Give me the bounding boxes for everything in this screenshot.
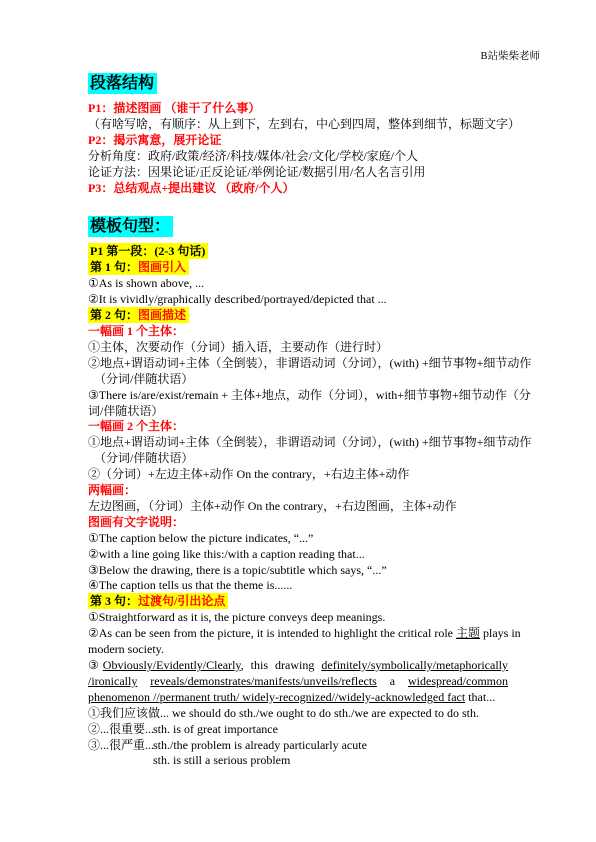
text-run: ②地点+谓语动词+主体（全倒装），非谓语动词（分词），(with) +细节事物+… bbox=[88, 356, 531, 370]
two-pics-template: 左边图画，（分词）主体+动作 On the contrary，+右边图画，主体+… bbox=[88, 499, 508, 515]
text-run: 左边图画，（分词）主体+动作 On the contrary，+右边图画，主体+… bbox=[88, 499, 457, 513]
text-run: ①地点+谓语动词+主体（全倒装），非谓语动词（分词），(with) +细节事物+… bbox=[88, 435, 531, 449]
text-run: 分析角度：政府/政策/经济/科技/媒体/社会/文化/学校/家庭/个人 bbox=[88, 149, 418, 163]
caption-option-1: ①The caption below the picture indicates… bbox=[88, 531, 508, 547]
text-run: definitely/symbolically/metaphorically bbox=[321, 658, 508, 672]
text-run: ①我们应该做... bbox=[88, 706, 172, 722]
document-content: 段落结构P1：描述图画 （谁干了什么事）（有啥写啥，有顺序：从上到下，左到右，中… bbox=[88, 73, 508, 769]
text-run: P1 第一段：(2-3 句话) bbox=[90, 244, 205, 258]
text-run: ③Below the drawing, there is a topic/sub… bbox=[88, 563, 387, 577]
text-run: ③There is/are/exist/remain + 主体+地点，动作（分词… bbox=[88, 388, 531, 402]
text-run: ②with a line going like this:/with a cap… bbox=[88, 547, 365, 561]
text-run: ②It is vividly/graphically described/por… bbox=[88, 292, 387, 306]
text-run: （分词/伴随状语） bbox=[94, 451, 193, 465]
text-run: 过渡句/引出论点 bbox=[138, 594, 225, 608]
s1-option-2: ②It is vividly/graphically described/por… bbox=[88, 292, 508, 308]
text-run: P3：总结观点+提出建议 （政府/个人） bbox=[88, 181, 295, 195]
s3-option-3-line2: /ironically reveals/demonstrates/manifes… bbox=[88, 674, 508, 690]
text-run: ①As is shown above, ... bbox=[88, 276, 204, 290]
text-run: ②...很重要... bbox=[88, 722, 153, 738]
opos-template-2-cont: （分词/伴随状语） bbox=[88, 372, 508, 388]
text-run: plays in bbox=[480, 626, 521, 640]
caption-heading: 图画有文字说明： bbox=[88, 515, 508, 531]
s3-conclusion-3-cont: sth. is still a serious problem bbox=[88, 753, 508, 769]
sentence3-heading: 第 3 句：过渡句/引出论点 bbox=[88, 594, 508, 610]
text-run: 图画引入 bbox=[138, 260, 186, 274]
text-run: sth. is still a serious problem bbox=[153, 753, 290, 767]
text-run: modern society. bbox=[88, 642, 164, 656]
s3-conclusion-1: ①我们应该做...we should do sth./we ought to d… bbox=[88, 706, 508, 722]
text-run: widespread/common bbox=[408, 674, 508, 688]
two-pics-heading: 两幅画： bbox=[88, 483, 508, 499]
one-pic-two-subjects-heading: 一幅画 2 个主体： bbox=[88, 419, 508, 435]
document-page: B站柴柴老师 段落结构P1：描述图画 （谁干了什么事）（有啥写啥，有顺序：从上到… bbox=[0, 0, 596, 842]
text-run: 第 3 句： bbox=[90, 594, 138, 608]
analysis-angles: 分析角度：政府/政策/经济/科技/媒体/社会/文化/学校/家庭/个人 bbox=[88, 149, 508, 165]
text-run: 两幅画： bbox=[88, 483, 136, 497]
text-run: 第 1 句： bbox=[90, 260, 138, 274]
yellow-highlight: 第 3 句：过渡句/引出论点 bbox=[88, 593, 228, 609]
text-run: P1：描述图画 （谁干了什么事） bbox=[88, 101, 260, 115]
yellow-highlight: 第 1 句：图画引入 bbox=[88, 259, 189, 275]
caption-option-3: ③Below the drawing, there is a topic/sub… bbox=[88, 563, 508, 579]
text-run: 图画有文字说明： bbox=[88, 515, 184, 529]
s1-option-1: ①As is shown above, ... bbox=[88, 276, 508, 292]
p3-heading: P3：总结观点+提出建议 （政府/个人） bbox=[88, 181, 508, 197]
text-run: /ironically bbox=[88, 674, 137, 688]
author-watermark: B站柴柴老师 bbox=[480, 48, 540, 63]
text-run: 段落结构 bbox=[90, 75, 154, 92]
text-run: Obviously/Evidently/Clearly bbox=[103, 658, 241, 672]
opts-template-2: ②（分词）+左边主体+动作 On the contrary，+右边主体+动作 bbox=[88, 467, 508, 483]
template-title: 模板句型： bbox=[88, 216, 508, 238]
doc-title: 段落结构 bbox=[88, 73, 508, 95]
text-run: 图画描述 bbox=[138, 308, 186, 322]
spacer bbox=[88, 196, 508, 216]
p1-heading: P1：描述图画 （谁干了什么事） bbox=[88, 101, 508, 117]
s3-option-3-line3: phenomenon //permanent truth/ widely-rec… bbox=[88, 690, 508, 706]
text-run: phenomenon //permanent truth/ widely-rec… bbox=[88, 690, 465, 704]
text-run: sth./the problem is already particularly… bbox=[153, 738, 367, 752]
text-run: ②（分词）+左边主体+动作 On the contrary，+右边主体+动作 bbox=[88, 467, 409, 481]
text-run: ②As can be seen from the picture, it is … bbox=[88, 626, 456, 640]
opos-template-2: ②地点+谓语动词+主体（全倒装），非谓语动词（分词），(with) +细节事物+… bbox=[88, 356, 508, 372]
text-run: 一幅画 2 个主体： bbox=[88, 419, 184, 433]
s3-conclusion-2: ②...很重要...sth. is of great importance bbox=[88, 722, 508, 738]
text-run: 主题 bbox=[456, 626, 480, 640]
text-run: 一幅画 1 个主体： bbox=[88, 324, 184, 338]
opos-template-3: ③There is/are/exist/remain + 主体+地点，动作（分词… bbox=[88, 388, 508, 404]
yellow-highlight: 第 2 句：图画描述 bbox=[88, 307, 189, 323]
argument-methods: 论证方法：因果论证/正反论证/举例论证/数据引用/名人名言引用 bbox=[88, 165, 508, 181]
text-run: , this drawing bbox=[241, 658, 322, 672]
sentence1-heading: 第 1 句：图画引入 bbox=[88, 260, 508, 276]
text-run: ①The caption below the picture indicates… bbox=[88, 531, 313, 545]
s3-option-1: ①Straightforward as it is, the picture c… bbox=[88, 610, 508, 626]
opts-template-1: ①地点+谓语动词+主体（全倒装），非谓语动词（分词），(with) +细节事物+… bbox=[88, 435, 508, 451]
text-run: （分词/伴随状语） bbox=[94, 372, 193, 386]
text-run: ④The caption tells us that the theme is.… bbox=[88, 578, 292, 592]
text-run: P2：揭示寓意，展开论证 bbox=[88, 133, 221, 147]
s3-conclusion-3: ③...很严重...sth./the problem is already pa… bbox=[88, 738, 508, 754]
text-run: 模板句型： bbox=[90, 218, 170, 235]
text-run: reveals/demonstrates/manifests/unveils/r… bbox=[150, 674, 377, 688]
p2-heading: P2：揭示寓意，展开论证 bbox=[88, 133, 508, 149]
text-run: that... bbox=[465, 690, 495, 704]
opos-template-1: ①主体，次要动作（分词）插入语，主要动作（进行时） bbox=[88, 340, 508, 356]
s3-option-2: ②As can be seen from the picture, it is … bbox=[88, 626, 508, 642]
s3-option-3-line1: ③Obviously/Evidently/Clearly, this drawi… bbox=[88, 658, 508, 674]
cyan-highlight: 段落结构 bbox=[88, 73, 157, 94]
sentence2-heading: 第 2 句：图画描述 bbox=[88, 308, 508, 324]
text-run: we should do sth./we ought to do sth./we… bbox=[172, 706, 479, 720]
opos-template-3-cont: 词/伴随状语） bbox=[88, 404, 508, 420]
text-run: ③...很严重... bbox=[88, 738, 153, 754]
caption-option-2: ②with a line going like this:/with a cap… bbox=[88, 547, 508, 563]
opts-template-1-cont: （分词/伴随状语） bbox=[88, 451, 508, 467]
text-run: 第 2 句： bbox=[90, 308, 138, 322]
p1-note: （有啥写啥，有顺序：从上到下，左到右，中心到四周，整体到细节，标题文字） bbox=[88, 117, 508, 133]
para1-heading: P1 第一段：(2-3 句话) bbox=[88, 244, 508, 260]
text-run: ①Straightforward as it is, the picture c… bbox=[88, 610, 385, 624]
text-run: 词/伴随状语） bbox=[88, 404, 163, 418]
yellow-highlight: P1 第一段：(2-3 句话) bbox=[88, 243, 208, 259]
cyan-highlight: 模板句型： bbox=[88, 216, 173, 237]
text-run: ①主体，次要动作（分词）插入语，主要动作（进行时） bbox=[88, 340, 388, 354]
one-pic-one-subject-heading: 一幅画 1 个主体： bbox=[88, 324, 508, 340]
s3-option-2-cont: modern society. bbox=[88, 642, 508, 658]
text-run: sth. is of great importance bbox=[153, 722, 278, 736]
text-run: a bbox=[377, 674, 408, 688]
text-run: 论证方法：因果论证/正反论证/举例论证/数据引用/名人名言引用 bbox=[88, 165, 425, 179]
text-run bbox=[137, 674, 150, 688]
text-run: ③ bbox=[88, 658, 103, 672]
text-run: （有啥写啥，有顺序：从上到下，左到右，中心到四周，整体到细节，标题文字） bbox=[88, 117, 520, 131]
caption-option-4: ④The caption tells us that the theme is.… bbox=[88, 578, 508, 594]
